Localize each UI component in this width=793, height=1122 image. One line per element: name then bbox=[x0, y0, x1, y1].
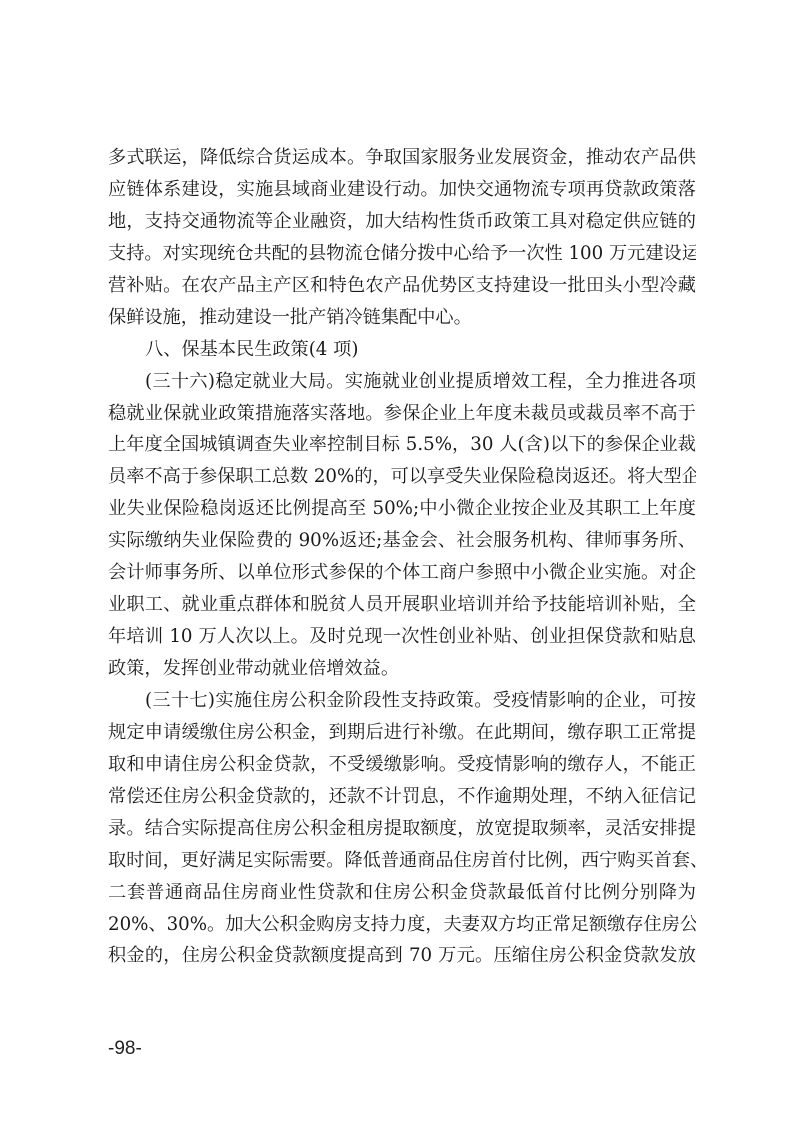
text-line: 支持。对实现统仓共配的县物流仓储分拨中心给予一次性 100 万元建设运 bbox=[108, 238, 696, 270]
text-line: 年培训 10 万人次以上。及时兑现一次性创业补贴、创业担保贷款和贴息 bbox=[108, 621, 696, 653]
text-line: 20%、30%。加大公积金购房支持力度，夫妻双方均正常足额缴存住房公 bbox=[108, 909, 696, 941]
text-line: 稳就业保就业政策措施落实落地。参保企业上年度未裁员或裁员率不高于 bbox=[108, 398, 696, 430]
text-line: 应链体系建设，实施县域商业建设行动。加快交通物流专项再贷款政策落 bbox=[108, 174, 696, 206]
text-line: 取时间，更好满足实际需要。降低普通商品住房首付比例，西宁购买首套、 bbox=[108, 845, 696, 877]
section-heading: 八、保基本民生政策(4 项) bbox=[108, 334, 696, 366]
text-line: 业职工、就业重点群体和脱贫人员开展职业培训并给予技能培训补贴，全 bbox=[108, 589, 696, 621]
text-line: 保鲜设施，推动建设一批产销冷链集配中心。 bbox=[108, 302, 696, 334]
text-line: 录。结合实际提高住房公积金租房提取额度，放宽提取频率，灵活安排提 bbox=[108, 813, 696, 845]
document-page-body: 多式联运，降低综合货运成本。争取国家服务业发展资金，推动农产品供 应链体系建设，… bbox=[108, 142, 696, 972]
text-line: 营补贴。在农产品主产区和特色农产品优势区支持建设一批田头小型冷藏 bbox=[108, 270, 696, 302]
text-line: 会计师事务所、以单位形式参保的个体工商户参照中小微企业实施。对企 bbox=[108, 557, 696, 589]
text-line: 员率不高于参保职工总数 20%的，可以享受失业保险稳岗返还。将大型企 bbox=[108, 461, 696, 493]
paragraph-start-line: (三十六)稳定就业大局。实施就业创业提质增效工程，全力推进各项 bbox=[108, 366, 696, 398]
paragraph-start-line: (三十七)实施住房公积金阶段性支持政策。受疫情影响的企业，可按 bbox=[108, 685, 696, 717]
text-line: 业失业保险稳岗返还比例提高至 50%;中小微企业按企业及其职工上年度 bbox=[108, 493, 696, 525]
text-line: 上年度全国城镇调查失业率控制目标 5.5%，30 人(含)以下的参保企业裁 bbox=[108, 429, 696, 461]
text-line: 积金的，住房公积金贷款额度提高到 70 万元。压缩住房公积金贷款发放 bbox=[108, 940, 696, 972]
text-line: 政策，发挥创业带动就业倍增效益。 bbox=[108, 653, 696, 685]
text-line: 多式联运，降低综合货运成本。争取国家服务业发展资金，推动农产品供 bbox=[108, 142, 696, 174]
text-line: 规定申请缓缴住房公积金，到期后进行补缴。在此期间，缴存职工正常提 bbox=[108, 717, 696, 749]
page-number: -98- bbox=[108, 1038, 142, 1060]
text-line: 二套普通商品住房商业性贷款和住房公积金贷款最低首付比例分别降为 bbox=[108, 877, 696, 909]
text-line: 常偿还住房公积金贷款的，还款不计罚息，不作逾期处理，不纳入征信记 bbox=[108, 781, 696, 813]
text-line: 地，支持交通物流等企业融资，加大结构性货币政策工具对稳定供应链的 bbox=[108, 206, 696, 238]
text-line: 实际缴纳失业保险费的 90%返还;基金会、社会服务机构、律师事务所、 bbox=[108, 525, 696, 557]
text-line: 取和申请住房公积金贷款，不受缓缴影响。受疫情影响的缴存人，不能正 bbox=[108, 749, 696, 781]
